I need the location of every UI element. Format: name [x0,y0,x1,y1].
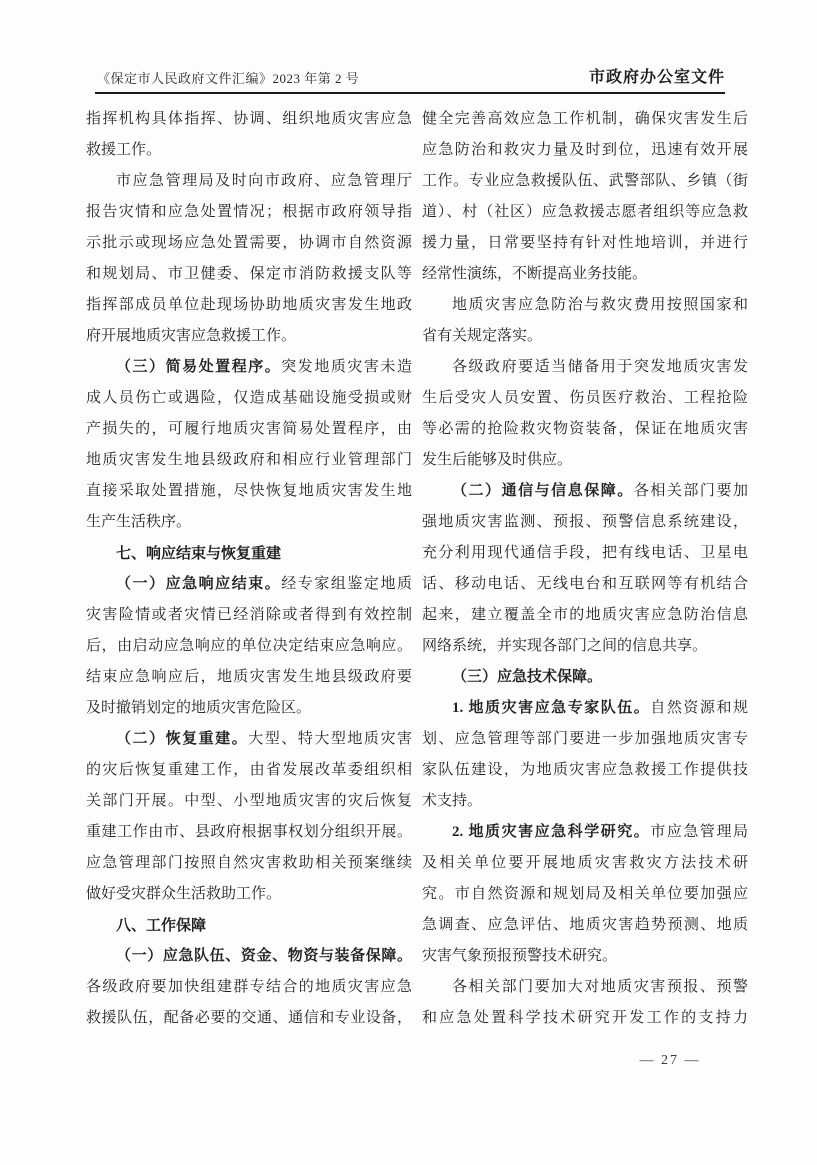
text-line: 生产生活秩序。 [86,507,412,538]
paragraph-lead: （二）恢复重建。 [116,731,248,747]
text-line: 省有关规定落实。 [422,321,748,352]
text-line: （一）应急队伍、资金、物资与装备保障。 [86,941,412,972]
text-line: 生后受灾人员安置、伤员医疗救治、工程抢险 [422,383,748,414]
text-line: 工作。专业应急救援队伍、武警部队、乡镇（街 [422,166,748,197]
text-line: 指挥部成员单位赴现场协助地质灾害发生地政 [86,290,412,321]
right-column: 健全完善高效应急工作机制，确保灾害发生后应急防治和救灾力量及时到位，迅速有效开展… [422,104,748,1034]
text-line: 网络系统，并实现各部门之间的信息共享。 [422,631,748,662]
text-line: 究。市自然资源和规划局及相关单位要加强应 [422,879,748,910]
text-line: 产损失的，可履行地质灾害简易处置程序，由 [86,414,412,445]
text-line: 市应急管理局及时向市政府、应急管理厅 [86,166,412,197]
text-line: 及相关单位要开展地质灾害救灾方法技术研 [422,848,748,879]
text-line: 起来，建立覆盖全市的地质灾害应急防治信息 [422,600,748,631]
text-line: （三）简易处置程序。突发地质灾害未造 [86,352,412,383]
section-heading: 七、响应结束与恢复重建 [86,538,412,569]
text-line: 指挥机构具体指挥、协调、组织地质灾害应急 [86,104,412,135]
text-line: 府开展地质灾害应急救援工作。 [86,321,412,352]
text-line: 重建工作由市、县政府根据事权划分组织开展。 [86,817,412,848]
text-line: 应急管理部门按照自然灾害救助相关预案继续 [86,848,412,879]
text-line: 发生后能够及时供应。 [422,445,748,476]
text-line: 救援队伍，配备必要的交通、通信和专业设备， [86,1003,412,1034]
text-line: 和规划局、市卫健委、保定市消防救援支队等 [86,259,412,290]
paragraph-lead: （一）应急队伍、资金、物资与装备保障。 [116,948,412,964]
text-line: 灾害气象预报预警技术研究。 [422,941,748,972]
paragraph-lead: 1. 地质灾害应急专家队伍。 [452,700,650,716]
text-line: 话、移动电话、无线电台和互联网等有机结合 [422,569,748,600]
text-line: 术支持。 [422,786,748,817]
text-line: （二）恢复重建。大型、特大型地质灾害 [86,724,412,755]
document-body: 指挥机构具体指挥、协调、组织地质灾害应急救援工作。市应急管理局及时向市政府、应急… [86,104,748,1034]
text-line: 救援工作。 [86,135,412,166]
text-line: 强地质灾害监测、预报、预警信息系统建设， [422,507,748,538]
text-line: 地质灾害应急防治与救灾费用按照国家和 [422,290,748,321]
section-heading: 八、工作保障 [86,910,412,941]
text-line: 道）、村（社区）应急救援志愿者组织等应急救 [422,197,748,228]
text-line: 健全完善高效应急工作机制，确保灾害发生后 [422,104,748,135]
text-line: （二）通信与信息保障。各相关部门要加 [422,476,748,507]
text-line: 划、应急管理等部门要进一步加强地质灾害专 [422,724,748,755]
text-line: 各级政府要加快组建群专结合的地质灾害应急 [86,972,412,1003]
paragraph-lead: （二）通信与信息保障。 [452,483,634,499]
text-line: （一）应急响应结束。经专家组鉴定地质 [86,569,412,600]
text-line: 灾害险情或者灾情已经消除或者得到有效控制 [86,600,412,631]
text-line: 和应急处置科学技术研究开发工作的支持力 [422,1003,748,1034]
document-page: 《保定市人民政府文件汇编》2023 年第 2 号 市政府办公室文件 指挥机构具体… [0,0,817,1165]
paragraph-lead: （三）简易处置程序。 [116,359,281,375]
text-line: 的灾后恢复重建工作，由省发展改革委组织相 [86,755,412,786]
text-line: （三）应急技术保障。 [422,662,748,693]
text-line: 急调查、应急评估、地质灾害趋势预测、地质 [422,910,748,941]
text-line: 充分利用现代通信手段，把有线电话、卫星电 [422,538,748,569]
paragraph-lead: （一）应急响应结束。 [116,576,281,592]
text-line: 结束应急响应后，地质灾害发生地县级政府要 [86,662,412,693]
header-compilation-title: 《保定市人民政府文件汇编》2023 年第 2 号 [97,68,359,87]
text-line: 做好受灾群众生活救助工作。 [86,879,412,910]
text-line: 各相关部门要加大对地质灾害预报、预警 [422,972,748,1003]
text-line: 2. 地质灾害应急科学研究。市应急管理局 [422,817,748,848]
left-column: 指挥机构具体指挥、协调、组织地质灾害应急救援工作。市应急管理局及时向市政府、应急… [86,104,412,1034]
text-line: 应急防治和救灾力量及时到位，迅速有效开展 [422,135,748,166]
page-number: — 27 — [620,1053,720,1069]
text-line: 等必需的抢险救灾物资装备，保证在地质灾害 [422,414,748,445]
text-line: 各级政府要适当储备用于突发地质灾害发 [422,352,748,383]
header-document-category: 市政府办公室文件 [589,64,725,87]
paragraph-lead: （三）应急技术保障。 [452,669,602,685]
text-line: 经常性演练，不断提高业务技能。 [422,259,748,290]
page-header: 《保定市人民政府文件汇编》2023 年第 2 号 市政府办公室文件 [97,64,725,87]
text-line: 报告灾情和应急处置情况；根据市政府领导指 [86,197,412,228]
text-line: 示批示或现场应急处置需要，协调市自然资源 [86,228,412,259]
text-line: 家队伍建设，为地质灾害应急救援工作提供技 [422,755,748,786]
text-line: 关部门开展。中型、小型地质灾害的灾后恢复 [86,786,412,817]
text-line: 成人员伤亡或遇险，仅造成基础设施受损或财 [86,383,412,414]
text-line: 直接采取处置措施，尽快恢复地质灾害发生地 [86,476,412,507]
text-line: 1. 地质灾害应急专家队伍。自然资源和规 [422,693,748,724]
text-line: 援力量，日常要坚持有针对性地培训，并进行 [422,228,748,259]
paragraph-lead: 2. 地质灾害应急科学研究。 [452,824,650,840]
text-line: 后，由启动应急响应的单位决定结束应急响应。 [86,631,412,662]
text-line: 及时撤销划定的地质灾害危险区。 [86,693,412,724]
header-divider [95,92,725,94]
text-line: 地质灾害发生地县级政府和相应行业管理部门 [86,445,412,476]
